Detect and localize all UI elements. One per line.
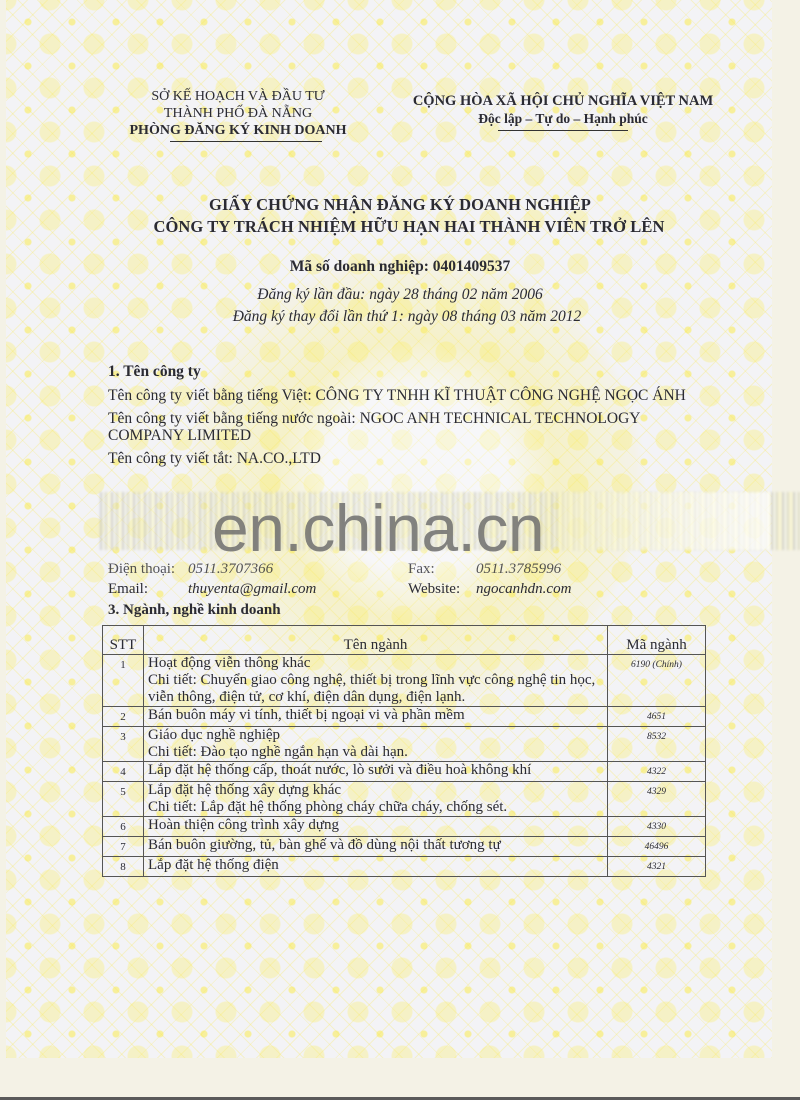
row-industry-name: Lắp đặt hệ thống điện	[144, 857, 608, 877]
row-stt: 1	[103, 655, 144, 707]
row-industry-name: Hoạt động viễn thông khácChi tiết: Chuyể…	[144, 655, 608, 707]
row-stt-text: 1	[120, 655, 126, 674]
fax-value: 0511.3785996	[476, 559, 561, 579]
table-row: 6Hoàn thiện công trình xây dựng4330	[103, 817, 706, 837]
row-industry-name: Lắp đặt hệ thống xây dựng khácChi tiết: …	[144, 782, 608, 817]
table-header-row: STT Tên ngành Mã ngành	[103, 626, 706, 655]
company-name-vietnamese: Tên công ty viết bằng tiếng Việt: CÔNG T…	[108, 387, 708, 404]
first-registration-date: Đăng ký lần đầu: ngày 28 tháng 02 năm 20…	[0, 284, 800, 306]
industry-name: Hoàn thiện công trình xây dựng	[148, 817, 603, 834]
row-industry-code: 6190 (Chính)	[608, 655, 706, 707]
row-stt-text: 5	[120, 782, 126, 801]
issuing-authority: SỞ KẾ HOẠCH VÀ ĐẦU TƯ THÀNH PHỐ ĐÀ NẴNG …	[118, 88, 358, 142]
industry-code-text: 4322	[647, 762, 666, 781]
row-stt-text: 3	[120, 727, 126, 746]
industry-name: Bán buôn giường, tủ, bàn ghế và đồ dùng …	[148, 837, 603, 854]
section-1-heading: 1. Tên công ty	[108, 363, 708, 380]
col-code-header: Mã ngành	[608, 626, 706, 655]
row-stt: 4	[103, 762, 144, 782]
business-registration-certificate: SỞ KẾ HOẠCH VÀ ĐẦU TƯ THÀNH PHỐ ĐÀ NẴNG …	[0, 0, 800, 1100]
company-name-short: Tên công ty viết tắt: NA.CO.,LTD	[108, 450, 708, 467]
contact-info: Điện thoại: 0511.3707366 Fax: 0511.37859…	[108, 559, 728, 599]
row-industry-name: Lắp đặt hệ thống cấp, thoát nước, lò sưở…	[144, 762, 608, 782]
authority-line-1: SỞ KẾ HOẠCH VÀ ĐẦU TƯ	[118, 88, 358, 105]
authority-line-2: THÀNH PHỐ ĐÀ NẴNG	[118, 105, 358, 122]
row-industry-code: 8532	[608, 727, 706, 762]
industry-name: Lắp đặt hệ thống điện	[148, 857, 603, 874]
section-3-heading: 3. Ngành, nghề kinh doanh	[108, 602, 281, 619]
table-row: 2Bán buôn máy vi tính, thiết bị ngoại vi…	[103, 707, 706, 727]
row-industry-code: 4321	[608, 857, 706, 877]
national-title: CỘNG HÒA XÃ HỘI CHỦ NGHĨA VIỆT NAM	[388, 92, 738, 110]
row-stt-text: 4	[120, 762, 126, 781]
row-industry-name: Hoàn thiện công trình xây dựng	[144, 817, 608, 837]
industry-code-text: 4330	[647, 817, 666, 836]
row-stt: 8	[103, 857, 144, 877]
change-registration-date: Đăng ký thay đổi lần thứ 1: ngày 08 thán…	[0, 306, 800, 328]
row-stt: 3	[103, 727, 144, 762]
industry-name: Lắp đặt hệ thống xây dựng khác	[148, 782, 603, 799]
row-stt: 5	[103, 782, 144, 817]
phone-label: Điện thoại:	[108, 559, 175, 579]
table-row: 5Lắp đặt hệ thống xây dựng khácChi tiết:…	[103, 782, 706, 817]
industry-name: Lắp đặt hệ thống cấp, thoát nước, lò sưở…	[148, 762, 603, 779]
industry-code-text: 8532	[647, 727, 666, 746]
national-motto: Độc lập – Tự do – Hạnh phúc	[388, 110, 738, 128]
document-title: GIẤY CHỨNG NHẬN ĐĂNG KÝ DOANH NGHIỆP CÔN…	[0, 194, 800, 238]
row-stt: 7	[103, 837, 144, 857]
company-name-foreign: Tên công ty viết bằng tiếng nước ngoài: …	[108, 410, 708, 444]
fax-label: Fax:	[408, 559, 435, 579]
row-industry-code: 4329	[608, 782, 706, 817]
row-industry-code: 46496	[608, 837, 706, 857]
row-stt-text: 2	[120, 707, 126, 726]
industry-code-text: 4329	[647, 782, 666, 801]
table-row: 4Lắp đặt hệ thống cấp, thoát nước, lò sư…	[103, 762, 706, 782]
industry-code-text: 4651	[647, 707, 666, 726]
industry-name: Hoạt động viễn thông khác	[148, 655, 603, 672]
company-name-section: 1. Tên công ty Tên công ty viết bằng tiế…	[108, 363, 708, 473]
industry-code-text: 4321	[647, 857, 666, 876]
col-name-header: Tên ngành	[144, 626, 608, 655]
authority-line-3: PHÒNG ĐĂNG KÝ KINH DOANH	[118, 122, 358, 139]
email-value: thuyenta@gmail.com	[188, 579, 316, 599]
row-stt-text: 6	[120, 817, 126, 836]
motto-underline	[498, 130, 628, 131]
industry-name: Giáo dục nghề nghiệp	[148, 727, 603, 744]
authority-underline	[170, 141, 322, 142]
website-value: ngocanhdn.com	[476, 579, 571, 599]
title-line-2: CÔNG TY TRÁCH NHIỆM HỮU HẠN HAI THÀNH VI…	[0, 216, 800, 238]
row-stt-text: 8	[120, 857, 126, 876]
industry-detail: Chi tiết: Đào tạo nghề ngắn hạn và dài h…	[148, 744, 603, 761]
table-row: 7Bán buôn giường, tủ, bàn ghế và đồ dùng…	[103, 837, 706, 857]
industry-detail: Chi tiết: Chuyển giao công nghệ, thiết b…	[148, 672, 603, 706]
contact-row-email: Email: thuyenta@gmail.com Website: ngoca…	[108, 579, 728, 599]
row-industry-name: Bán buôn giường, tủ, bàn ghế và đồ dùng …	[144, 837, 608, 857]
title-line-1: GIẤY CHỨNG NHẬN ĐĂNG KÝ DOANH NGHIỆP	[0, 194, 800, 216]
watermark: en.china.cn	[212, 493, 544, 563]
table-row: 1Hoạt động viễn thông khácChi tiết: Chuy…	[103, 655, 706, 707]
row-industry-code: 4322	[608, 762, 706, 782]
row-industry-name: Bán buôn máy vi tính, thiết bị ngoại vi …	[144, 707, 608, 727]
obscured-band-right	[560, 492, 770, 550]
website-label: Website:	[408, 579, 460, 599]
contact-row-phone: Điện thoại: 0511.3707366 Fax: 0511.37859…	[108, 559, 728, 579]
phone-value: 0511.3707366	[188, 559, 273, 579]
row-industry-code: 4651	[608, 707, 706, 727]
row-stt-text: 7	[120, 837, 126, 856]
registration-dates: Đăng ký lần đầu: ngày 28 tháng 02 năm 20…	[0, 284, 800, 328]
col-stt-header: STT	[103, 626, 144, 655]
industry-code-text: 46496	[645, 837, 669, 856]
industry-code-text: 6190 (Chính)	[631, 655, 682, 674]
row-industry-code: 4330	[608, 817, 706, 837]
industry-detail: Chi tiết: Lắp đặt hệ thống phòng cháy ch…	[148, 799, 603, 816]
enterprise-code: Mã số doanh nghiệp: 0401409537	[0, 258, 800, 276]
row-stt: 6	[103, 817, 144, 837]
business-lines-table: STT Tên ngành Mã ngành 1Hoạt động viễn t…	[102, 625, 706, 877]
row-industry-name: Giáo dục nghề nghiệpChi tiết: Đào tạo ng…	[144, 727, 608, 762]
national-header: CỘNG HÒA XÃ HỘI CHỦ NGHĨA VIỆT NAM Độc l…	[388, 92, 738, 131]
row-stt: 2	[103, 707, 144, 727]
table-row: 8Lắp đặt hệ thống điện4321	[103, 857, 706, 877]
email-label: Email:	[108, 579, 148, 599]
industry-name: Bán buôn máy vi tính, thiết bị ngoại vi …	[148, 707, 603, 724]
table-row: 3Giáo dục nghề nghiệpChi tiết: Đào tạo n…	[103, 727, 706, 762]
